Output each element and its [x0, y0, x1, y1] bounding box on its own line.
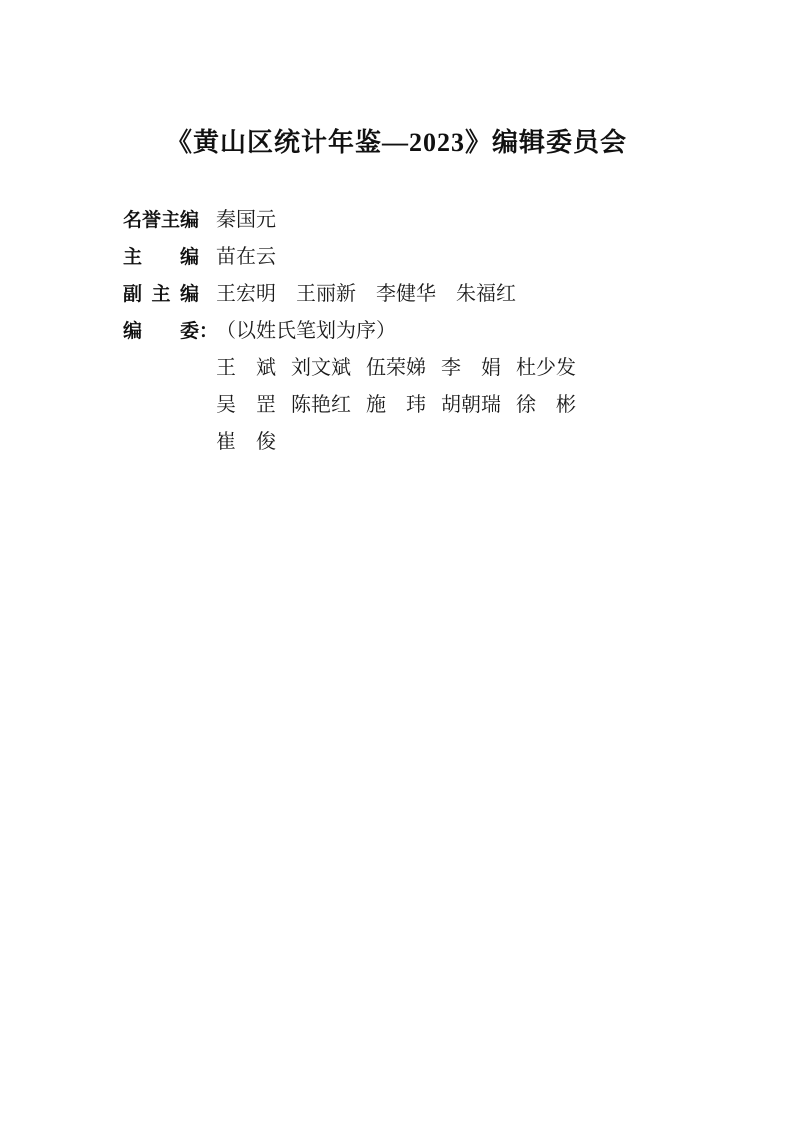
person-name: 秦国元 [216, 210, 276, 230]
role-label: 主编 [123, 248, 199, 268]
person-name: 崔俊 [216, 432, 276, 452]
role-label: 编委 [123, 322, 199, 342]
committee-row-editorial-members-header: 编委 ： （以姓氏笔划为序） [123, 321, 576, 341]
person-name: 李娟 [441, 358, 501, 378]
role-label: 名誉主编 [123, 211, 199, 231]
person-name: 王斌 [216, 358, 276, 378]
person-name: 徐彬 [516, 395, 576, 415]
person-name: 陈艳红 [291, 395, 351, 415]
committee-row-chief-editor: 主编 苗在云 [123, 247, 576, 267]
person-name: 胡朝瑞 [441, 395, 501, 415]
person-name: 王丽新 [296, 284, 356, 304]
person-name: 杜少发 [516, 358, 576, 378]
committee-members-row: 王斌 刘文斌 伍荣娣 李娟 杜少发 [123, 358, 576, 378]
sort-order-note: （以姓氏笔划为序） [216, 321, 396, 341]
person-name: 苗在云 [216, 247, 276, 267]
committee-members-row: 崔俊 [123, 432, 576, 452]
role-label: 副主编 [123, 285, 199, 305]
name-group: 苗在云 [216, 247, 276, 267]
committee-row-honorary-chief-editor: 名誉主编 秦国元 [123, 210, 576, 230]
name-group: 秦国元 [216, 210, 276, 230]
name-group: （以姓氏笔划为序） [216, 321, 396, 341]
person-name: 吴罡 [216, 395, 276, 415]
person-name: 刘文斌 [291, 358, 351, 378]
person-name: 李健华 [376, 284, 436, 304]
committee-list: 名誉主编 秦国元 主编 苗在云 副主编 王宏明 王丽新 李健华 朱福红 编委 [123, 210, 576, 469]
name-group: 王宏明 王丽新 李健华 朱福红 [216, 284, 516, 304]
person-name: 王宏明 [216, 284, 276, 304]
person-name: 伍荣娣 [366, 358, 426, 378]
committee-members-row: 吴罡 陈艳红 施玮 胡朝瑞 徐彬 [123, 395, 576, 415]
page-title: 《黄山区统计年鉴—2023》编辑委员会 [0, 128, 793, 158]
committee-row-deputy-chief-editors: 副主编 王宏明 王丽新 李健华 朱福红 [123, 284, 576, 304]
label-suffix-colon: ： [199, 322, 216, 342]
person-name: 朱福红 [456, 284, 516, 304]
person-name: 施玮 [366, 395, 426, 415]
document-page: 《黄山区统计年鉴—2023》编辑委员会 名誉主编 秦国元 主编 苗在云 副主编 … [0, 0, 793, 1122]
